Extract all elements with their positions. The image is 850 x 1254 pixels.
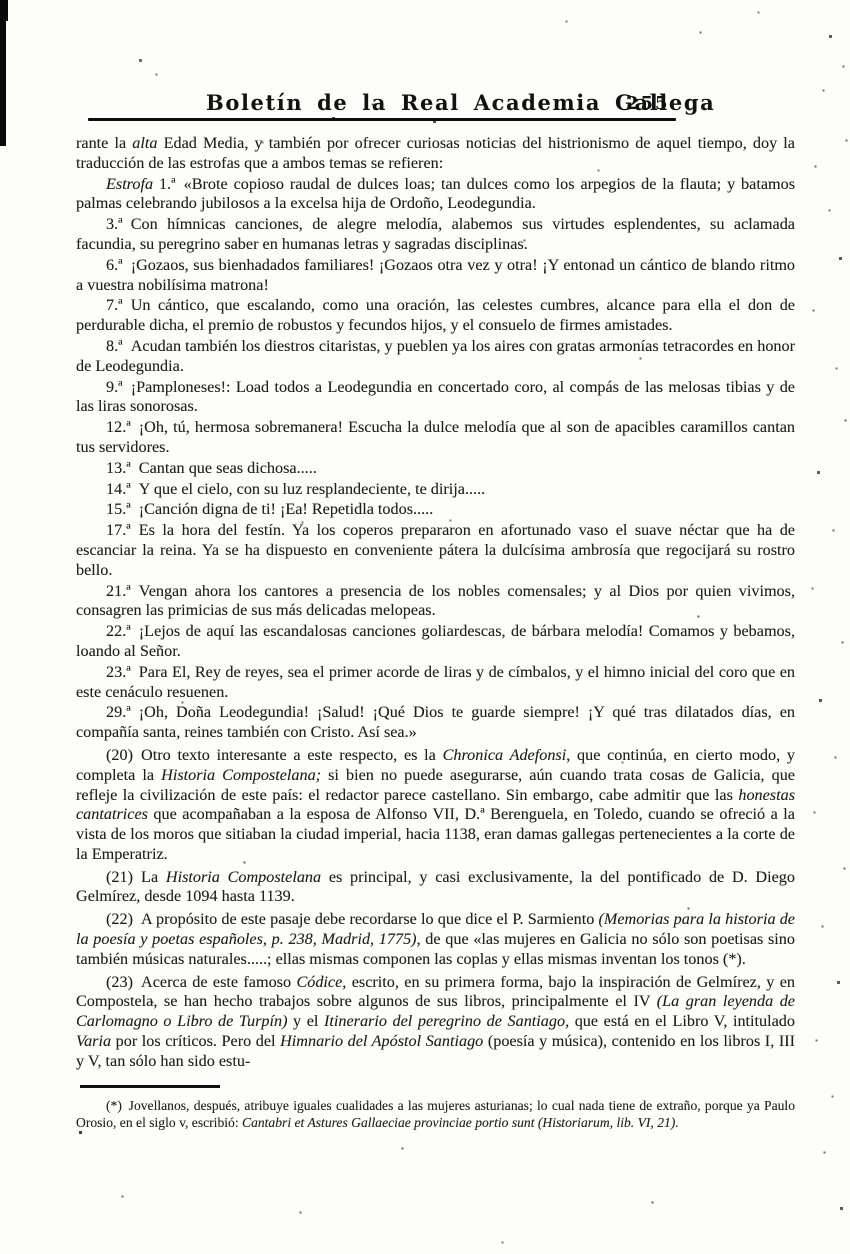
text-run: 8.ª Acudan también los diestros citarist… (76, 337, 795, 375)
text-run: 17.ª Es la hora del festín. Ya los coper… (76, 521, 795, 579)
stanza-14: 14.ª Y que el cielo, con su luz respland… (76, 480, 795, 500)
stanza-7: 7.ª Un cántico, que escalando, como una … (76, 296, 795, 336)
text-run: 15.ª ¡Canción digna de ti! ¡Ea! Repetidl… (106, 500, 433, 518)
stanza-6: 6.ª ¡Gozaos, sus bienhadados familiares!… (76, 256, 795, 296)
continuation-paragraph: rante la alta Edad Media, y también por … (76, 134, 795, 174)
note-22: (22) A propósito de este pasaje debe rec… (76, 910, 795, 969)
scan-noise (0, 0, 1, 1)
text-run: por los críticos. Pero del (111, 1032, 280, 1050)
stanza-21: 21.ª Vengan ahora los cantores a presenc… (76, 582, 795, 622)
stanza-9: 9.ª ¡Pamploneses!: Load todos a Leodegun… (76, 378, 795, 418)
text-run: y el (287, 1012, 324, 1030)
text-run: Historia Compostelana; (161, 766, 321, 784)
text-run: que está en el Libro V, intitulado (569, 1012, 795, 1030)
text-run: (20) Otro texto interesante a este respe… (106, 746, 443, 764)
text-run: Itinerario del peregrino de Santiago, (324, 1012, 569, 1030)
text-run: (22) A propósito de este pasaje debe rec… (106, 910, 598, 928)
note-21: (21) La Historia Compostelana es princip… (76, 868, 795, 908)
text-run: 9.ª ¡Pamploneses!: Load todos a Leodegun… (76, 378, 795, 416)
paragraph-list: rante la alta Edad Media, y también por … (76, 134, 795, 1072)
stanza-1: Estrofa 1.ª «Brote copioso raudal de dul… (76, 175, 795, 215)
scan-artifact (0, 0, 3, 63)
text-run: que acompañaban a la esposa de Alfonso V… (76, 805, 795, 863)
text-run: Historia Compostelana (166, 868, 321, 886)
text-run: 23.ª Para El, Rey de reyes, sea el prime… (76, 663, 795, 701)
stanza-8: 8.ª Acudan también los diestros citarist… (76, 337, 795, 377)
text-run: Cantabri et Astures Gallaeciae provincia… (242, 1115, 679, 1130)
stanza-15: 15.ª ¡Canción digna de ti! ¡Ea! Repetidl… (76, 500, 795, 520)
text-run: Edad Media, y también por ofrecer curios… (76, 134, 795, 172)
body-text: rante la alta Edad Media, y también por … (76, 134, 795, 1132)
stanza-13: 13.ª Cantan que seas dichosa..... (76, 459, 795, 479)
text-run: 22.ª ¡Lejos de aquí las escandalosas can… (76, 622, 795, 660)
stanza-22: 22.ª ¡Lejos de aquí las escandalosas can… (76, 622, 795, 662)
page-number: 255 (626, 93, 670, 114)
text-run: 21.ª Vengan ahora los cantores a presenc… (76, 582, 795, 620)
text-run: 13.ª Cantan que seas dichosa..... (106, 459, 317, 477)
text-run: (21) La (106, 868, 166, 886)
text-run: Varia (76, 1032, 111, 1050)
stanza-23: 23.ª Para El, Rey de reyes, sea el prime… (76, 663, 795, 703)
text-run: 3.ª Con hímnicas canciones, de alegre me… (76, 215, 795, 253)
stanza-12: 12.ª ¡Oh, tú, hermosa sobremanera! Escuc… (76, 418, 795, 458)
text-run: 29.ª ¡Oh, Doña Leodegundia! ¡Salud! ¡Qué… (76, 703, 795, 741)
footnote-separator (80, 1085, 220, 1088)
text-run: 12.ª ¡Oh, tú, hermosa sobremanera! Escuc… (76, 418, 795, 456)
text-run: (23) Acerca de este famoso (106, 973, 296, 991)
note-20: (20) Otro texto interesante a este respe… (76, 746, 795, 865)
text-run: Estrofa (106, 175, 153, 193)
header-rule (88, 118, 676, 121)
text-run: rante la (76, 134, 132, 152)
text-run: 14.ª Y que el cielo, con su luz respland… (106, 480, 485, 498)
scanned-page: Boletín de la Real Academia Gallega 255 … (0, 0, 850, 1254)
text-run: Códice, (296, 973, 346, 991)
text-run: Himnario del Apóstol Santiago (280, 1032, 483, 1050)
stanza-17: 17.ª Es la hora del festín. Ya los coper… (76, 521, 795, 580)
stanza-3: 3.ª Con hímnicas canciones, de alegre me… (76, 215, 795, 255)
text-run: 1.ª «Brote copioso raudal de dulces loas… (76, 175, 795, 213)
text-run: alta (132, 134, 157, 152)
note-23: (23) Acerca de este famoso Códice, escri… (76, 973, 795, 1072)
text-run: 7.ª Un cántico, que escalando, como una … (76, 296, 795, 334)
text-run: Chronica Adefonsi (443, 746, 567, 764)
stanza-29: 29.ª ¡Oh, Doña Leodegundia! ¡Salud! ¡Qué… (76, 703, 795, 743)
footnote-text: (*) Jovellanos, después, atribuye iguale… (76, 1097, 795, 1132)
text-run: 6.ª ¡Gozaos, sus bienhadados familiares!… (76, 256, 795, 294)
